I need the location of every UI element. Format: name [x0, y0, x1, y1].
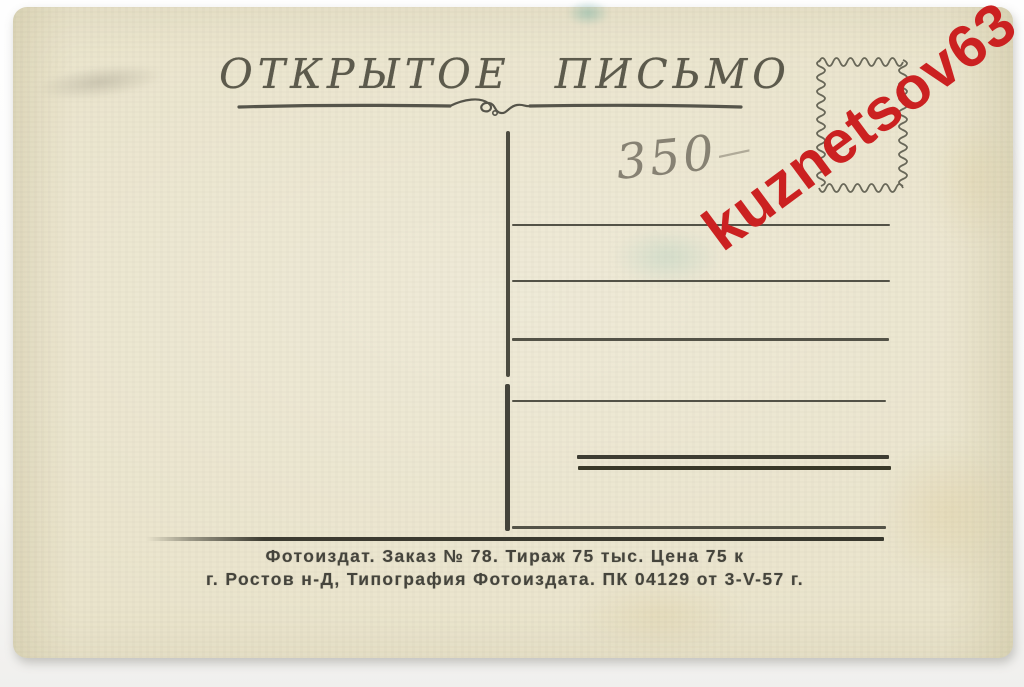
- imprint-line-2: г. Ростов н-Д, Типография Фотоиздата. ПК…: [0, 568, 1010, 591]
- heading-flourish-rule: [237, 96, 743, 122]
- imprint-rule: [146, 537, 884, 541]
- address-double-line-top: [577, 455, 889, 459]
- address-double-line-bottom: [578, 466, 891, 470]
- postcard-photo: ОТКРЫТОЕ ПИСЬМО 350— Фотоиздат. Заказ: [0, 0, 1024, 687]
- divider-line-lower: [505, 384, 510, 531]
- address-line-4: [512, 400, 886, 402]
- address-line-3: [512, 338, 889, 341]
- divider-line-upper: [506, 131, 510, 377]
- imprint: Фотоиздат. Заказ № 78. Тираж 75 тыс. Цен…: [0, 545, 1010, 591]
- imprint-line-1: Фотоиздат. Заказ № 78. Тираж 75 тыс. Цен…: [0, 545, 1010, 568]
- address-line-5: [512, 526, 886, 529]
- address-line-2: [512, 280, 890, 282]
- handwritten-number-text: 350: [613, 125, 719, 191]
- postcard-heading: ОТКРЫТОЕ ПИСЬМО: [219, 50, 791, 98]
